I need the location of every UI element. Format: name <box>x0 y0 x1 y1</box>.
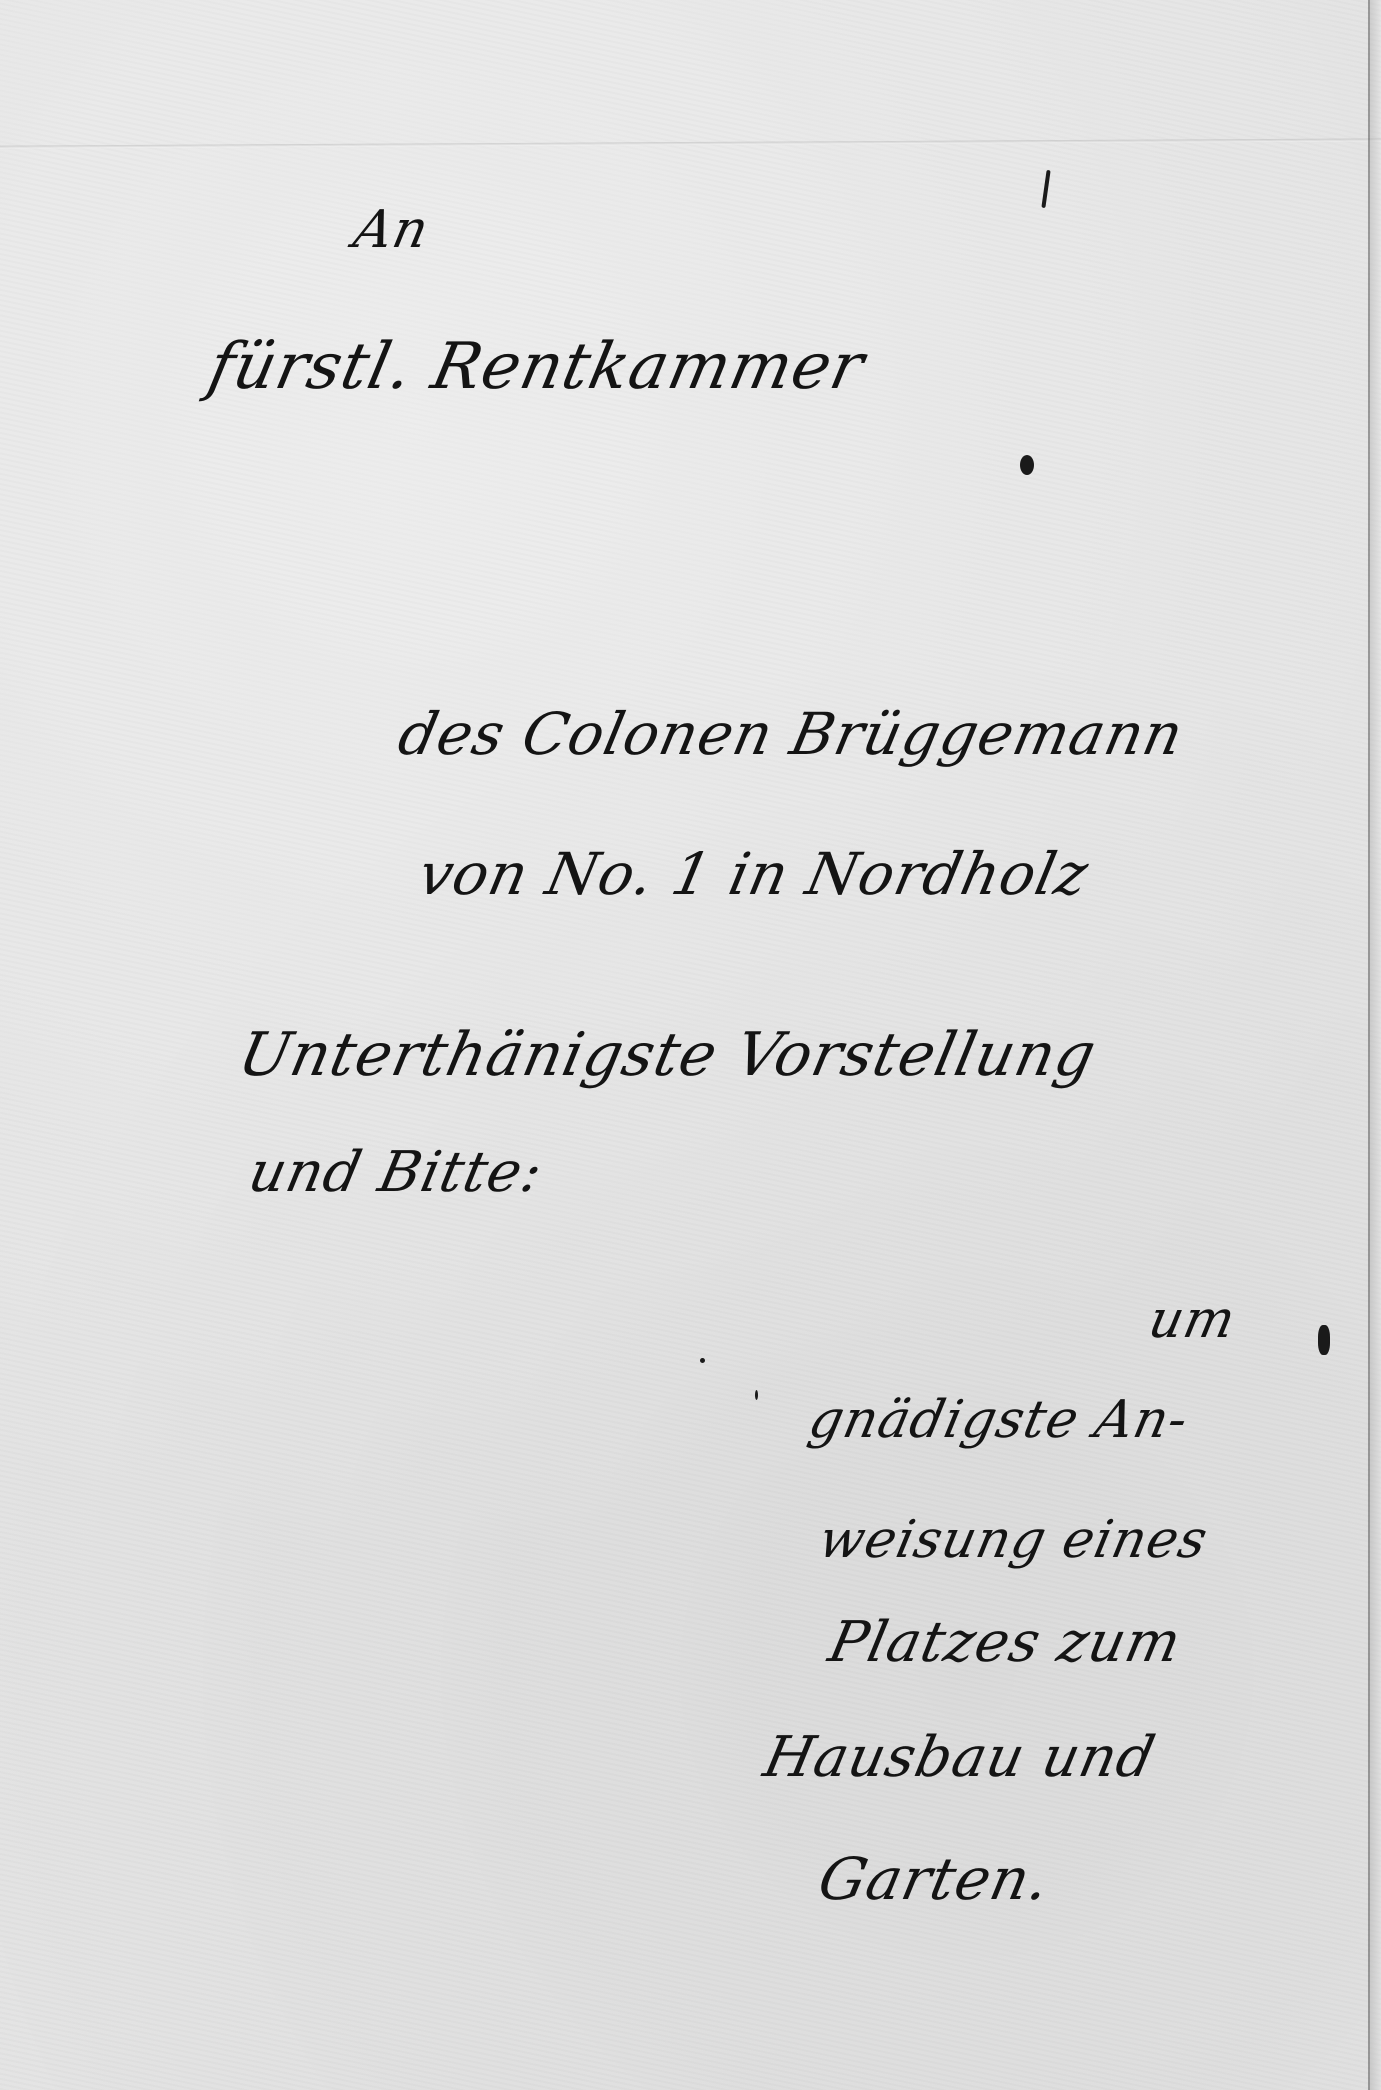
addressee-line-1: An <box>349 200 435 260</box>
ink-dot-mark <box>700 1358 705 1363</box>
addressee-line-2: fürstl. Rentkammer <box>202 330 871 404</box>
sender-line-2: von No. 1 in Nordholz <box>413 840 1095 908</box>
ink-stroke-mark <box>1041 170 1050 208</box>
document-page: An fürstl. Rentkammer des Colonen Brügge… <box>0 0 1381 2090</box>
ink-dot-mark <box>755 1390 758 1400</box>
request-line-3: weisung eines <box>814 1510 1214 1570</box>
request-line-5: Hausbau und <box>758 1725 1161 1790</box>
ink-blot-mark <box>1020 455 1034 475</box>
request-line-4: Platzes zum <box>823 1610 1187 1675</box>
petition-title-line-2: und Bitte: <box>243 1140 549 1205</box>
page-edge-line <box>1368 0 1370 2090</box>
sender-line-1: des Colonen Brüggemann <box>393 700 1190 768</box>
petition-title-line-1: Unterthänigste Vorstellung <box>233 1020 1103 1090</box>
page-edge-shadow <box>1370 0 1381 2090</box>
request-line-6: Garten. <box>813 1845 1057 1913</box>
request-line-1: um <box>1144 1290 1242 1350</box>
request-line-2: gnädigste An- <box>804 1390 1194 1450</box>
ink-blot-mark <box>1318 1325 1330 1355</box>
paper-fold-horizontal <box>0 138 1381 148</box>
